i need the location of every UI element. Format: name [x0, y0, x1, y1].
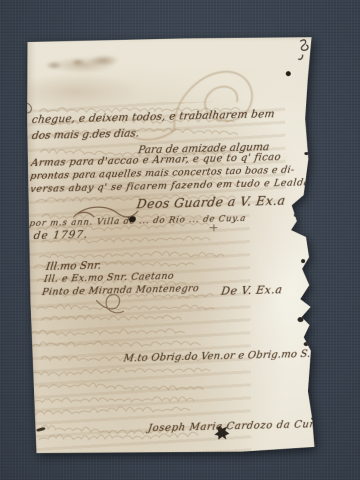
torn-edge-fleck — [311, 417, 315, 420]
torn-edge-fleck — [298, 317, 304, 322]
dateline-tick — [210, 225, 217, 231]
torn-edge-fleck — [294, 213, 299, 217]
paper-sheet: chegue, e deixem todos, e trabalharem be… — [25, 35, 320, 456]
address-line-1: Ill.mo Snr. — [45, 260, 102, 273]
left-edge-mark — [26, 103, 32, 113]
ink-blot — [286, 71, 291, 76]
paper-surface: chegue, e deixem todos, e trabalharem be… — [25, 35, 320, 456]
torn-edge-fleck — [301, 259, 305, 263]
year-line: de 1797. — [33, 229, 89, 242]
manuscript-photo: { "photo": { "description": "aged handwr… — [0, 0, 360, 480]
paraph-flourish — [131, 71, 253, 139]
courtesy-line: De V. Ex.a — [220, 283, 283, 298]
address-flourish — [96, 295, 123, 313]
torn-edge-fleck — [304, 342, 309, 346]
torn-edge-fleck — [304, 152, 308, 155]
corner-mark — [299, 40, 309, 59]
ink-flourishes — [25, 35, 320, 456]
